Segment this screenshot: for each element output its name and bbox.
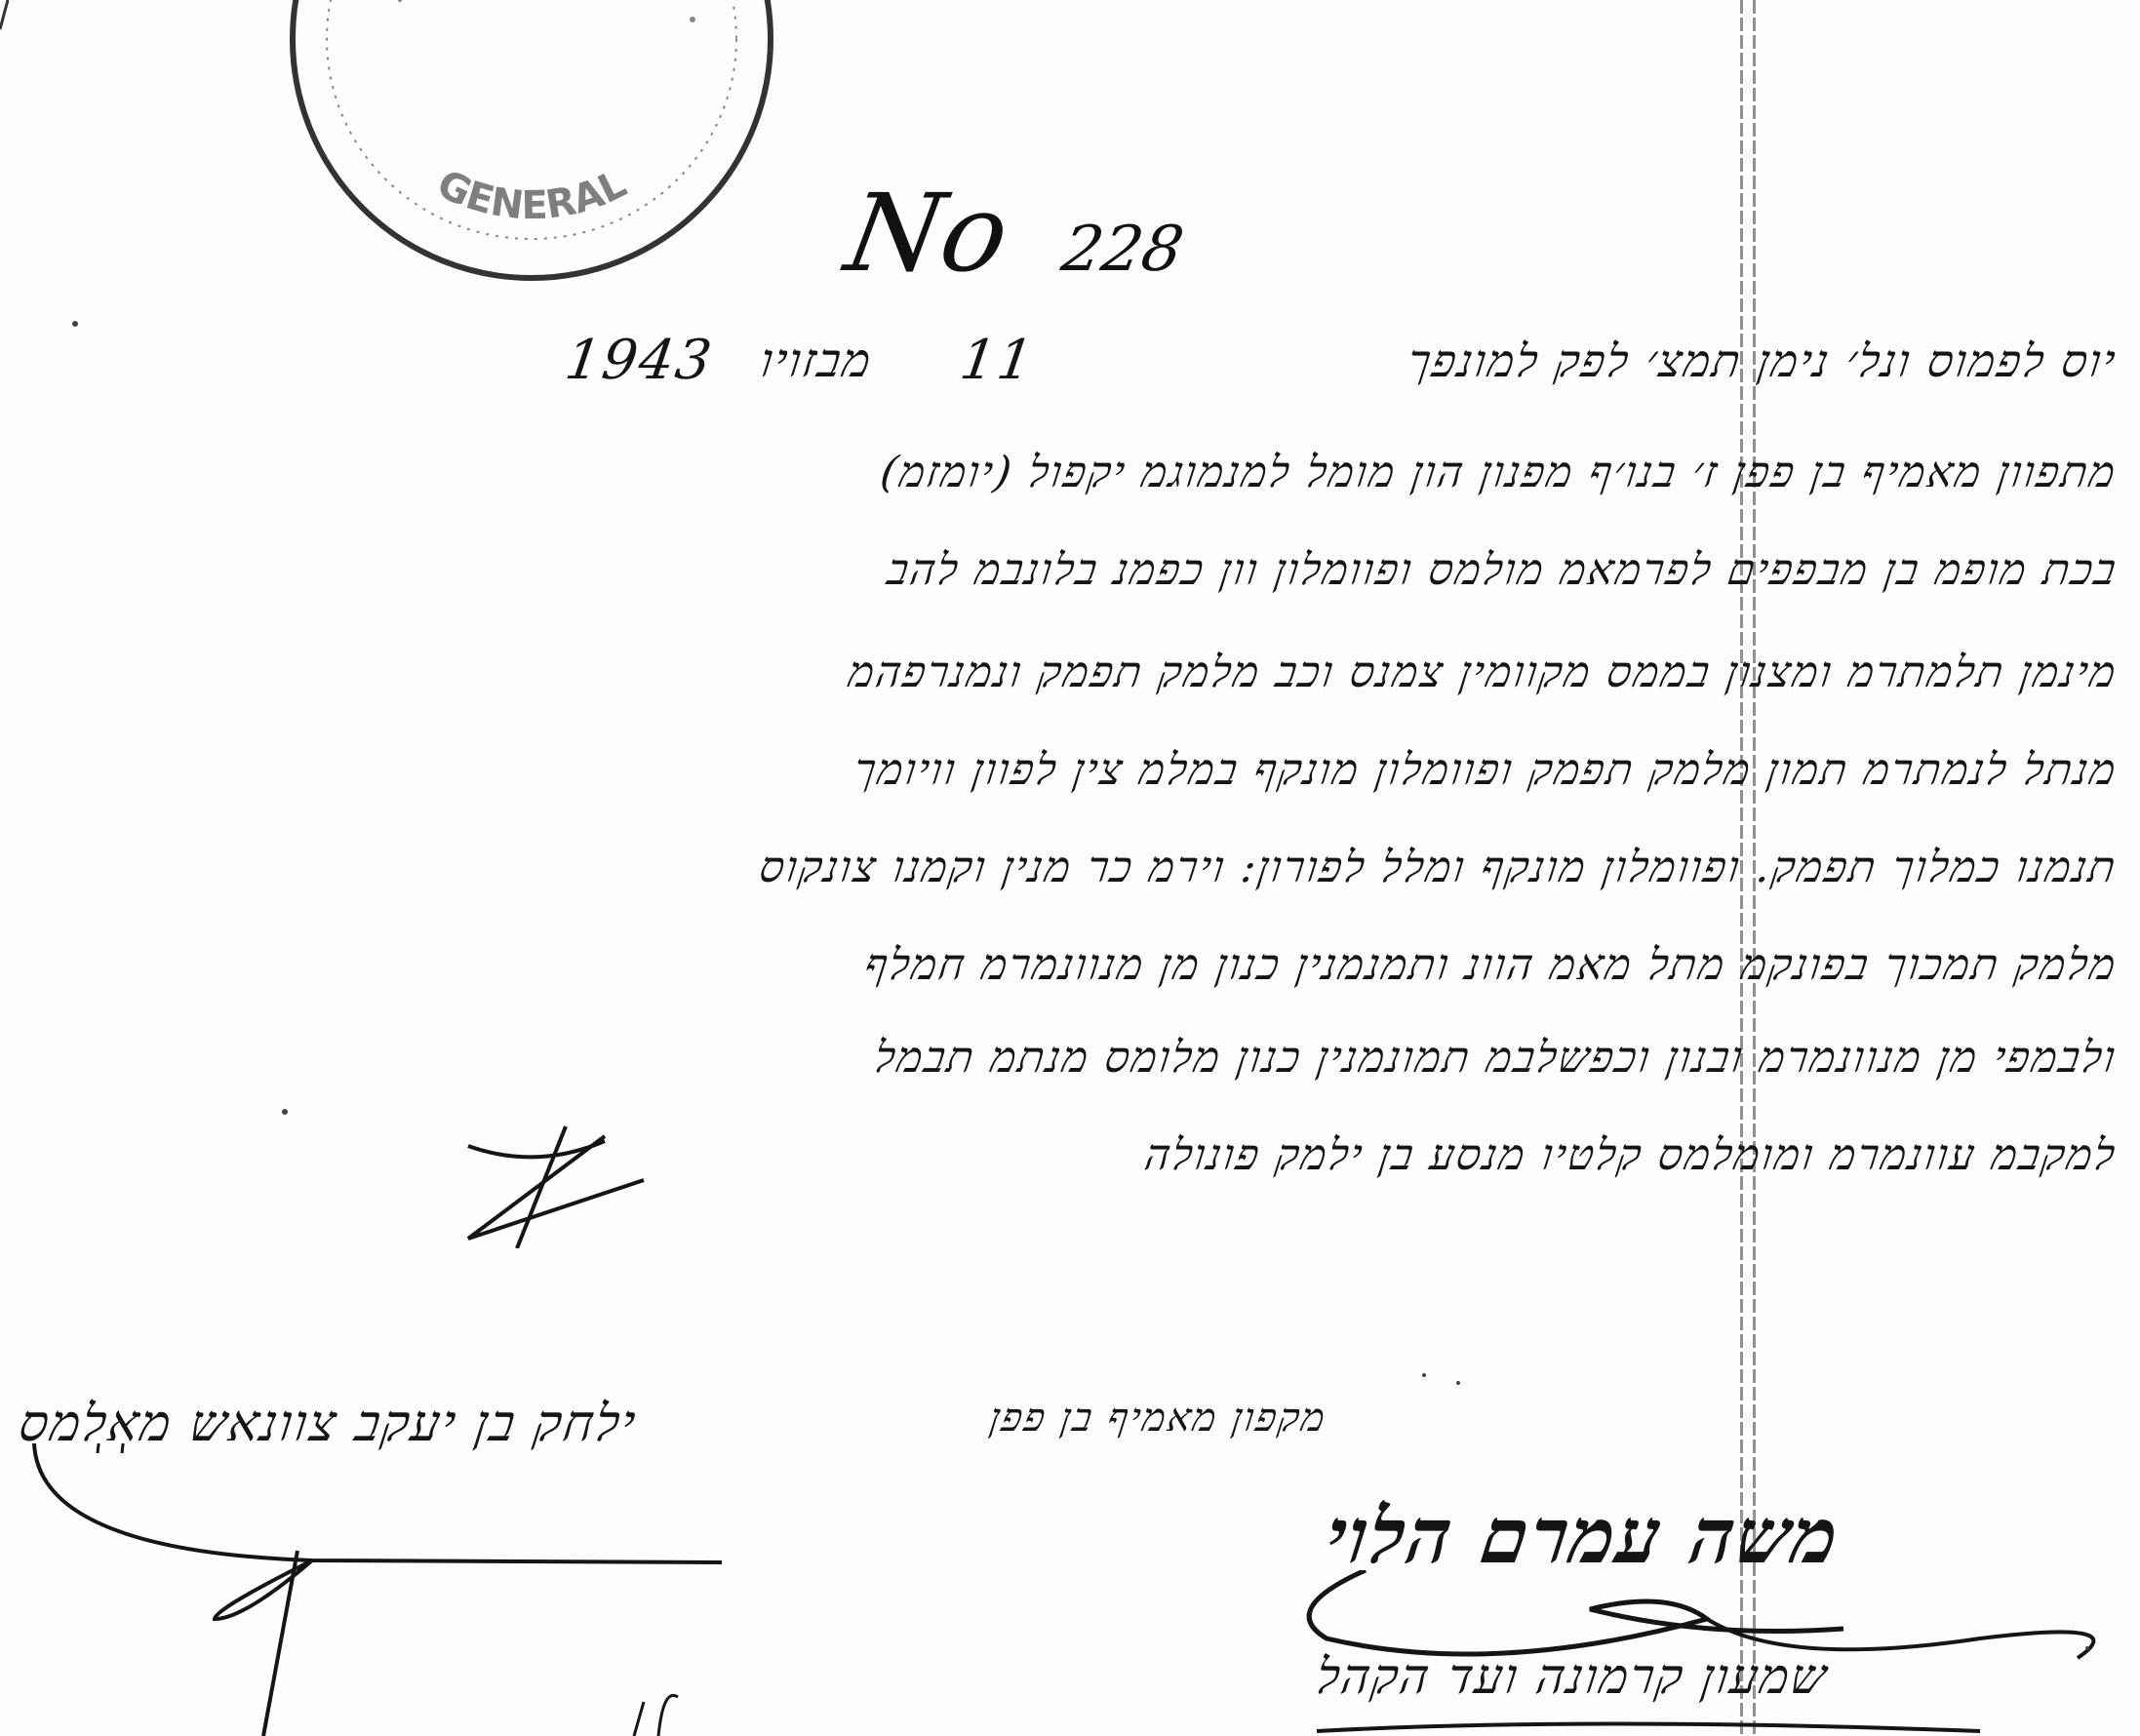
scanned-document-page: GENERAL No 228 יוס לפמוס ונל׳ נימן תמצ׳ …: [0, 0, 2140, 1736]
official-signature-sub: שמעון קרמונה ועד הקהל: [1313, 1648, 1832, 1705]
number-value: 228: [1056, 214, 1188, 286]
body-line: בכת מופמ בן מבפפים לפרמאמ מולמס ופוומלון…: [883, 541, 2120, 600]
ink-marks: [624, 1687, 702, 1736]
body-line: מתפוון מאמיף בן פפן ז׳ בנו׳ף מפנון הון מ…: [877, 444, 2120, 502]
witness-signature-middle: מקפון מאמיף בן פפן: [987, 1395, 1329, 1440]
document-number: No 228: [838, 171, 1197, 296]
witness-signature-flourish: [20, 1443, 722, 1736]
paper-edge-mark: [0, 0, 20, 39]
body-line: מנתל לנמתרמ תמון מלמק תפמק ופוומלון מונק…: [850, 741, 2120, 800]
stamp-text: GENERAL: [430, 161, 633, 228]
body-line: למקבמ עוונמרמ ומומלמס קלטיו מנסע בן ילמק…: [1141, 1126, 2120, 1185]
inline-signature-flourish: [458, 1122, 712, 1248]
date-month: מבזויו: [757, 332, 877, 390]
body-line: מלמק תמכוך בפונקמ מתל מאמ הוונ ותמנמנין …: [861, 936, 2121, 995]
body-line: ולבמפי מן מנוונמרמ ובנון וכפשלבמ תמונמני…: [871, 1029, 2120, 1087]
official-stamp: GENERAL: [283, 0, 780, 288]
body-line: מינמן תלמתרמ ומצנון בממס מקוומין צמנס וכ…: [844, 644, 2120, 702]
official-signature-main: משה עמרם הלוי: [1321, 1492, 1846, 1581]
body-line: תנמנו כמלוך תפמק. ופוומלון מונקף ומלל לפ…: [756, 839, 2121, 897]
date-line-text: יוס לפמוס ונל׳ נימן תמצ׳ לפק למונפך: [1405, 332, 2120, 390]
date-line: יוס לפמוס ונל׳ נימן תמצ׳ לפק למונפך 1943…: [566, 322, 2117, 410]
number-prefix: No: [838, 171, 1018, 296]
date-day: 11: [957, 332, 1039, 390]
date-year: 1943: [562, 332, 717, 390]
